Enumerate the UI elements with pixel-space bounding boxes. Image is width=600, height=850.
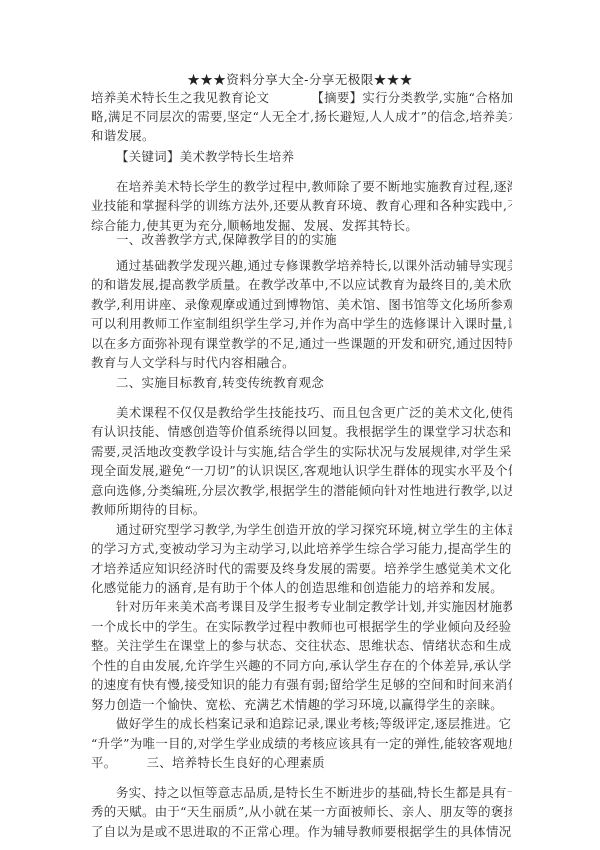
section-1-line: 可以利用教师工作室制组织学生学习,并作为高中学生的选修课计入课时量,课程的开设则… xyxy=(91,316,512,332)
section-2-p2-line: 化感觉能力的涵育,是有助于个体人的创造思维和创造能力的培养和发展。 xyxy=(91,580,512,596)
section-2-p2-line: 才培养适应知识经济时代的需要及终身发展的需要。培养学生感觉美术文化的能力和美术文 xyxy=(91,561,512,577)
section-1-heading: 一、改善教学方式,保障教学目的的实施 xyxy=(116,232,512,248)
section-1-line: 的和谐发展,提高教学质量。在教学改革中,不以应试教育为最终目的,美术欣赏课可用于… xyxy=(91,277,512,293)
section-2-p3-line: 的速度有快有慢,接受知识的能力有强有弱;留给学生足够的空间和时间来消化和掌握知识… xyxy=(91,677,512,693)
section-2-p1-line: 有认识技能、情感创造等价值系统得以回复。我根据学生的课堂学习状态和当前形式发展的 xyxy=(91,424,512,440)
section-3-line: 秀的天赋。由于“天生丽质”,从小就在某一方面被师长、亲人、朋友等的褒扬所包围,形… xyxy=(91,804,512,820)
section-2-p4-last-with-section-3-heading: 平。三、培养特长生良好的心理素质 xyxy=(91,755,512,771)
section-2-p1-line: 意向选修,分类编班,分层次教学,根据学生的潜能倾向针对性地进行教学,以达到学生能… xyxy=(91,483,512,499)
section-2-p3-line: 针对历年来美术高考课目及学生报考专业制定教学计划,并实施因材施教的法则,关注每 xyxy=(116,599,512,615)
section-3-line: 务实、持之以恒等意志品质,是特长生不断进步的基础,特长生都是具有一般学生更为优 xyxy=(116,785,512,801)
section-2-p1-line: 现全面发展,避免“一刀切”的认识误区,客观地认识学生群体的现实水平及个体差异性,… xyxy=(91,463,512,479)
section-2-p1-line: 美术课程不仅仅是教给学生技能技巧、而且包含更广泛的美术文化,使得美术教育所具 xyxy=(116,405,512,421)
section-1-line: 以在多方面弥补现有课堂教学的不足,通过一些课题的开发和研究,通过因特网访问,使美… xyxy=(91,336,512,352)
document-page: ★★★资料分享大全-分享无极限★★★ 培养美术特长生之我见教育论文【摘要】实行分… xyxy=(0,0,600,850)
abstract-line-3: 和谐发展。 xyxy=(91,128,512,144)
abstract-line-2: 略,满足不同层次的需要,坚定“人无全才,扬长避短,人人成才”的信念,培养美术特长… xyxy=(91,109,512,125)
section-3-heading: 三、培养特长生良好的心理素质 xyxy=(146,755,324,770)
section-2-p3-line: 一个成长中的学生。在实际教学过程中教师也可根据学生的学业倾向及经验判断进行个别调 xyxy=(91,619,512,635)
section-2-p1-line: 需要,灵活地改变教学设计与实施,结合学生的实际状况与发展规律,对学生采取分类教学… xyxy=(91,444,512,460)
intro-line: 业技能和掌握科学的训练方法外,还要从教育环境、教育心理和各种实践中,不断提高学生… xyxy=(91,198,512,214)
section-2-p4-line: “升学”为唯一目的,对学生学业成绩的考核应该具有一定的弹性,能较客观地反映学生的… xyxy=(91,736,512,752)
section-3-line: 了自以为是或不思进取的不正常心理。作为辅导教师要根据学生的具体情况进行具体分析, xyxy=(91,824,512,840)
section-2-p1-line: 教师所期待的目标。 xyxy=(91,502,512,518)
banner-title: ★★★资料分享大全-分享无极限★★★ xyxy=(0,72,600,88)
section-1-line: 教育与人文学科与时代内容相融合。 xyxy=(91,355,512,371)
section-1-line: 教学,利用讲座、录像观摩或通过到博物馆、美术馆、图书馆等文化场所参观学习的形式,… xyxy=(91,297,512,313)
section-1-line: 通过基础教学发现兴趣,通过专修课教学培养特长,以课外活动辅导实现美术教学中学生 xyxy=(116,258,512,274)
section-2-p2-line: 通过研究型学习教学,为学生创造开放的学习探究环境,树立学生的主体意识,改变学生 xyxy=(116,522,512,538)
section-2-p3-line: 努力创造一个愉快、宽松、充满艺术情趣的学习环境,以赢得学生的亲睐。 xyxy=(91,697,512,713)
section-2-p4-line: 做好学生的成长档案记录和追踪记录,课业考核;等级评定,逐层推进。它不以“分数”和 xyxy=(116,716,512,732)
section-2-p2-line: 的学习方式,变被动学习为主动学习,以此培养学生综合学习能力,提高学生的综合素质,… xyxy=(91,541,512,557)
intro-line: 在培养美术特长学生的教学过程中,教师除了要不断地实施教育过程,逐渐提高自身的专 xyxy=(116,179,512,195)
section-2-p3-line: 个性的自由发展,允许学生兴趣的不同方向,承认学生存在的个体差异,承认学生对知识掌… xyxy=(91,658,512,674)
abstract-line-1: 培养美术特长生之我见教育论文【摘要】实行分类教学,实施“合格加特长”的培养策 xyxy=(91,90,512,106)
article-title: 培养美术特长生之我见教育论文 xyxy=(91,90,269,105)
abstract-label-text: 【摘要】实行分类教学,实施“合格加特长”的培养策 xyxy=(311,90,512,105)
section-2-p4-last-text: 平。 xyxy=(91,755,116,770)
section-2-heading: 二、实施目标教育,转变传统教育观念 xyxy=(116,375,512,391)
keywords: 【关键词】美术教学特长生培养 xyxy=(116,149,512,165)
section-2-p3-line: 整。关注学生在课堂上的参与状态、交往状态、思维状态、情绪状态和生成状态,允许学生 xyxy=(91,638,512,654)
